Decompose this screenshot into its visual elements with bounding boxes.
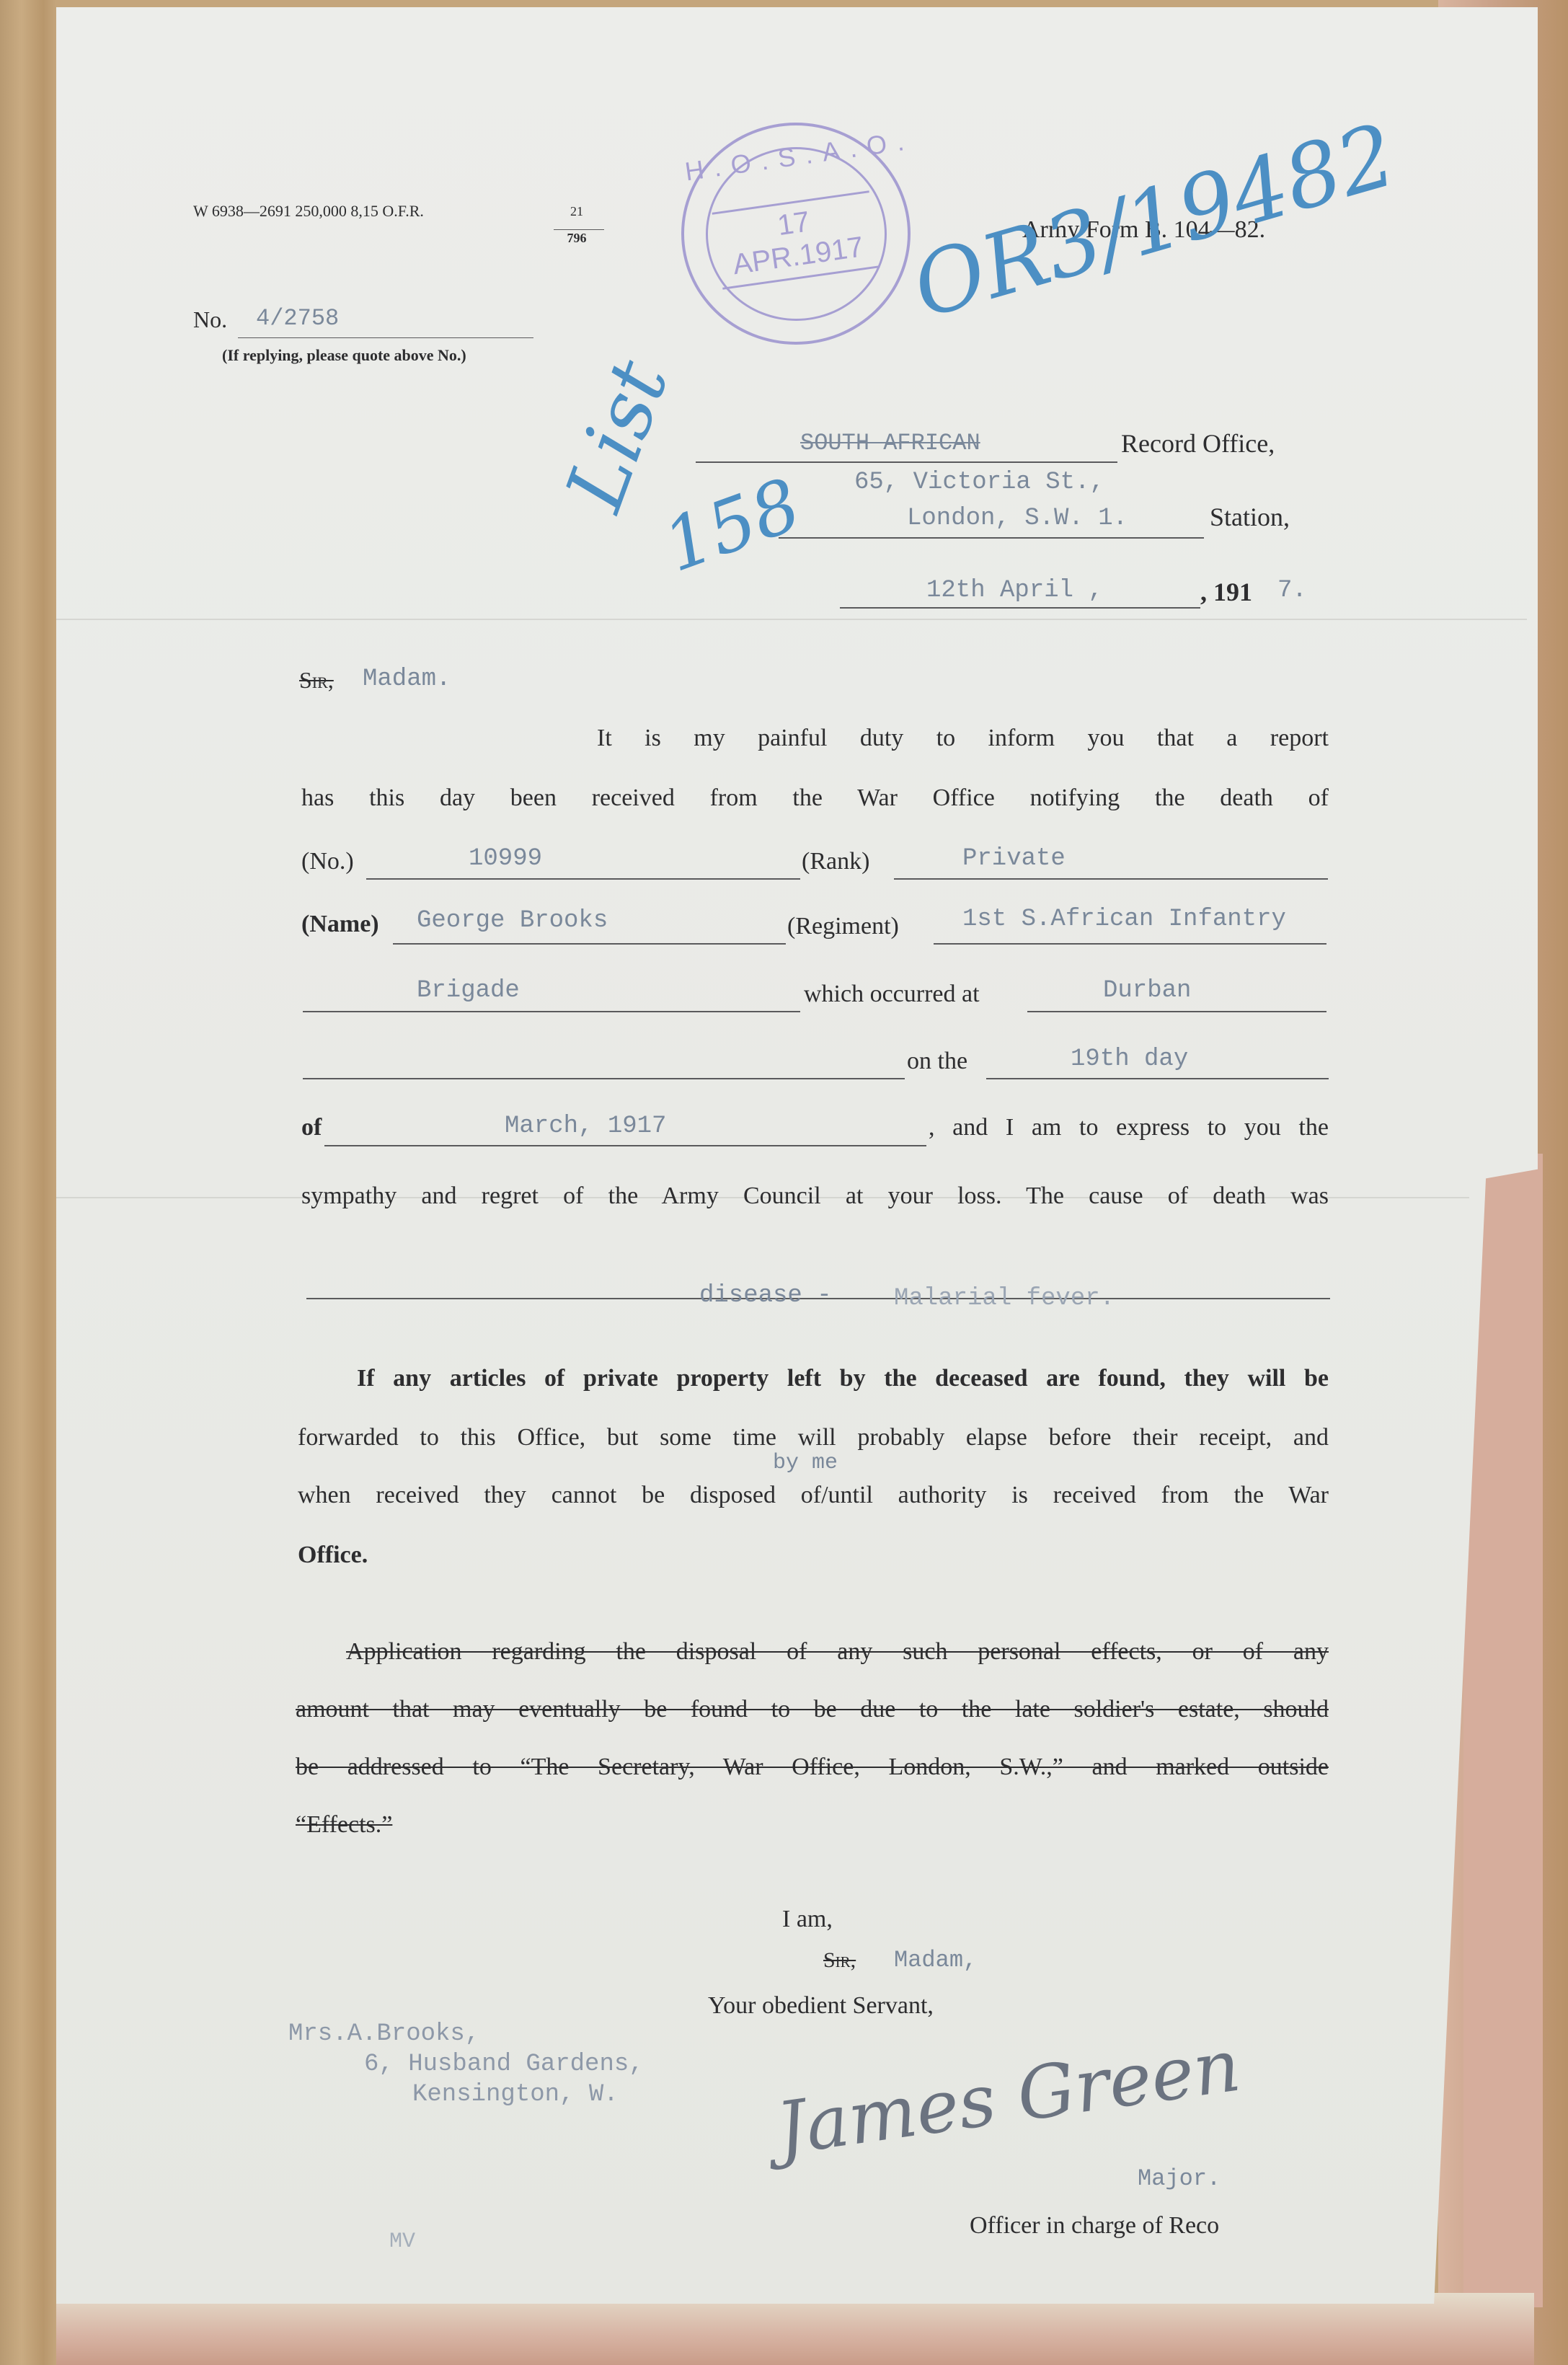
property-line-4: Office. xyxy=(298,1542,368,1569)
recipient-line-1: Mrs.A.Brooks, xyxy=(288,2019,644,2049)
recipient-line-3: Kensington, W. xyxy=(288,2079,644,2110)
reply-note: (If replying, please quote above No.) xyxy=(222,346,466,365)
office-name-line xyxy=(696,461,1117,463)
struck-line-3: be addressed to “The Secretary, War Offi… xyxy=(296,1754,1329,1781)
death-day: 19th day xyxy=(1071,1046,1188,1073)
no-label: (No.) xyxy=(301,848,354,875)
soldier-rank: Private xyxy=(962,845,1066,872)
salutation-madam: Madam. xyxy=(363,666,451,693)
body-line-1: It is my painful duty to inform you that… xyxy=(597,725,1329,752)
torn-bottom-edge xyxy=(56,2293,1534,2365)
struck-line-2: amount that may eventually be found to b… xyxy=(296,1696,1329,1723)
number-label: No. xyxy=(193,306,227,333)
no-line xyxy=(366,878,800,880)
body-line-2: has this day been received from the War … xyxy=(301,784,1329,812)
on-the-label: on the xyxy=(907,1048,967,1075)
cause-of-death-1: disease - xyxy=(699,1282,832,1309)
regiment-cont-line xyxy=(303,1011,800,1012)
closing-madam: Madam, xyxy=(894,1947,977,1973)
record-office-label: Record Office, xyxy=(1121,428,1275,459)
property-insert-by-me: by me xyxy=(773,1451,838,1475)
recipient-address: Mrs.A.Brooks, 6, Husband Gardens, Kensin… xyxy=(288,2019,644,2110)
death-month-year: March, 1917 xyxy=(505,1113,666,1140)
express-text: , and I am to express to you the xyxy=(929,1114,1329,1141)
office-address-line1: 65, Victoria St., xyxy=(854,469,1104,496)
printer-code: W 6938—2691 250,000 8,15 O.F.R. xyxy=(193,202,424,221)
sympathy-text: sympathy and regret of the Army Council … xyxy=(301,1182,1329,1210)
day-line xyxy=(986,1078,1329,1079)
regiment-label: (Regiment) xyxy=(787,913,899,940)
record-office-name: SOUTH AFRICAN xyxy=(800,430,980,456)
rank-label: (Rank) xyxy=(802,848,869,875)
office-address-line2: London, S.W. 1. xyxy=(907,505,1128,532)
occurred-label: which occurred at xyxy=(804,981,980,1008)
soldier-regiment: 1st S.African Infantry xyxy=(962,906,1286,933)
closing-servant: Your obedient Servant, xyxy=(708,1992,934,2020)
rank-line xyxy=(894,878,1328,880)
officer-rank: Major. xyxy=(1138,2165,1221,2192)
typist-initials: MV xyxy=(389,2229,415,2254)
date-line xyxy=(840,607,1200,609)
property-line-2: forwarded to this Office, but some time … xyxy=(298,1424,1329,1451)
struck-line-1: Application regarding the disposal of an… xyxy=(346,1638,1329,1666)
fraction-bar xyxy=(554,229,604,230)
struck-line-4: “Effects.” xyxy=(296,1811,392,1839)
fraction-bottom: 796 xyxy=(562,231,591,246)
regiment-continued: Brigade xyxy=(417,977,520,1004)
name-label: (Name) xyxy=(301,911,379,938)
place-line xyxy=(1027,1011,1326,1012)
fold-crease xyxy=(56,619,1527,620)
salutation-struck: Sir, xyxy=(299,667,334,694)
year-suffix: 7. xyxy=(1277,577,1307,604)
officer-title: Officer in charge of Reco xyxy=(970,2212,1219,2240)
regiment-line xyxy=(934,943,1326,945)
number-underline xyxy=(238,337,533,338)
closing-struck-sir: Sir, xyxy=(823,1948,856,1973)
received-date-stamp: H.O.S.A.O. 17 APR.1917 xyxy=(681,123,911,345)
soldier-name: George Brooks xyxy=(417,907,608,934)
blank-line xyxy=(303,1078,905,1079)
soldier-number: 10999 xyxy=(469,845,542,872)
station-label: Station, xyxy=(1210,502,1290,532)
name-line xyxy=(393,943,786,945)
death-place: Durban xyxy=(1103,977,1191,1004)
letter-date: 12th April , xyxy=(926,577,1103,604)
closing-i-am: I am, xyxy=(782,1906,833,1933)
reference-number: 4/2758 xyxy=(256,305,339,332)
property-line-1: If any articles of private property left… xyxy=(357,1365,1329,1392)
cause-of-death-2: Malarial fever. xyxy=(894,1285,1115,1312)
year-prefix: , 191 xyxy=(1200,577,1252,607)
of-label: of xyxy=(301,1114,322,1141)
fraction-top: 21 xyxy=(562,204,591,219)
station-line xyxy=(779,537,1204,539)
month-line xyxy=(324,1145,926,1146)
recipient-line-2: 6, Husband Gardens, xyxy=(288,2049,644,2079)
property-line-3: when received they cannot be disposed of… xyxy=(298,1482,1329,1509)
